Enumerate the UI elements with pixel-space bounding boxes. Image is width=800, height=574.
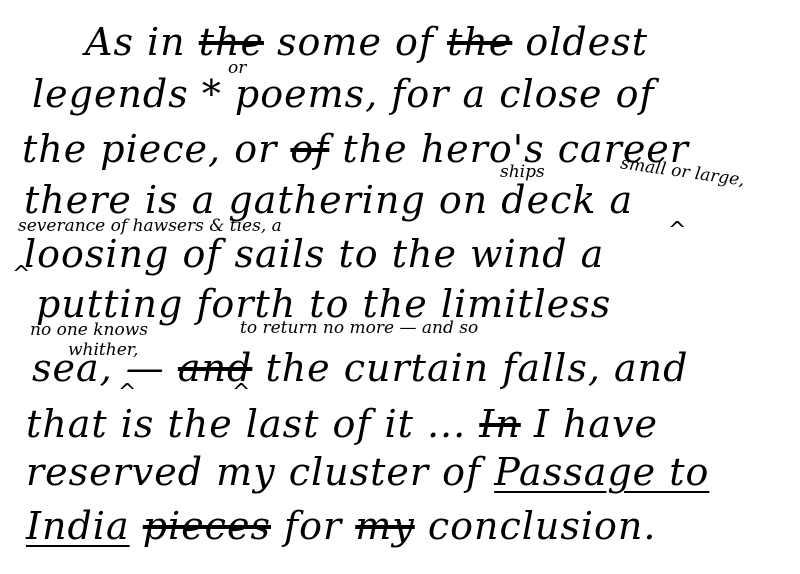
line-text: As in (85, 20, 199, 64)
manuscript-line-3: the piece, or of the hero's career (22, 127, 689, 171)
line-text: conclusion. (415, 504, 657, 548)
struck-word: the (447, 20, 512, 64)
line-text: a (581, 232, 605, 276)
struck-word: pieces (143, 504, 271, 548)
line-text (130, 504, 143, 548)
line-text: for (271, 504, 355, 548)
manuscript-line-5: loosing of sails to the wind a (24, 232, 604, 276)
line-text: sea, — (32, 346, 178, 390)
line-text: I have (521, 402, 658, 446)
line-text: some of (264, 20, 447, 64)
insertion-no-one-knows: no one knows (30, 320, 148, 340)
manuscript-line-2: legends * poems, for a close of (32, 72, 655, 116)
underlined-title: India (26, 504, 130, 548)
struck-word: of (290, 127, 329, 171)
underlined-title: Passage to (494, 450, 709, 494)
line-text: that is the last of it ... (26, 402, 479, 446)
struck-word: my (355, 504, 415, 548)
line-text: the piece, or (22, 127, 290, 171)
line-text: a (609, 178, 633, 222)
manuscript-line-9: reserved my cluster of Passage to (26, 450, 709, 494)
line-text: the curtain falls, and (252, 346, 688, 390)
manuscript-line-10: India pieces for my conclusion. (26, 504, 656, 548)
line-text: loosing of sails to the wind (24, 232, 581, 276)
manuscript-page: As in the some of the oldest or legends … (0, 0, 800, 574)
line-text: poems, for a close of (222, 72, 655, 116)
manuscript-line-1: As in the some of the oldest (85, 20, 648, 64)
struck-word: In (479, 402, 520, 446)
line-text: reserved my cluster of (26, 450, 494, 494)
line-text: legends (32, 72, 202, 116)
manuscript-line-8: that is the last of it ... In I have (26, 402, 658, 446)
caret-mark: ^ (668, 218, 686, 243)
line-text: oldest (512, 20, 648, 64)
insertion-marker: * (202, 72, 222, 116)
insertion-to-return: to return no more — and so (240, 318, 478, 338)
